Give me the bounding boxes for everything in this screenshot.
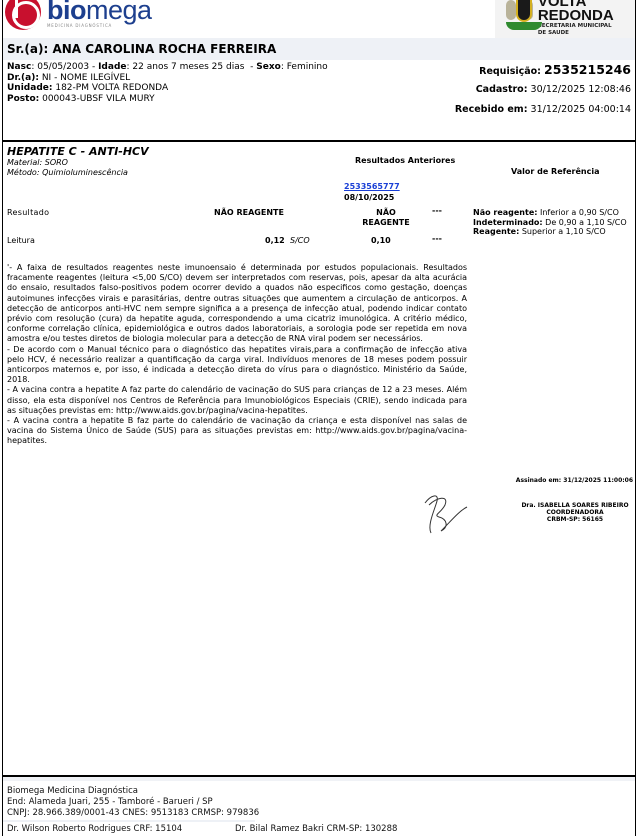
patient-name: Sr.(a): ANA CAROLINA ROCHA FERREIRA: [7, 42, 276, 56]
reference-reactive: Reagente: Superior a 1,10 S/CO: [473, 227, 633, 237]
signed-at: Assinado em: 31/12/2025 11:00:06: [516, 477, 633, 484]
birth-value: 05/05/2003: [37, 62, 89, 72]
request-info: Requisição: 2535215246 Cadastro: 30/12/2…: [455, 62, 631, 115]
biomega-logo: biomega MEDICINA DIAGNÓSTICA: [5, 0, 152, 30]
note-paragraph: - De acordo com o Manual técnico para o …: [7, 345, 467, 386]
registered-row: Cadastro: 30/12/2025 12:08:46: [455, 84, 631, 95]
section-divider: [3, 140, 635, 142]
material-value: SORO: [45, 158, 68, 167]
ref-label: Indeterminado:: [473, 218, 543, 227]
reference-header: Valor de Referência: [511, 167, 600, 176]
doctor-label: Dr.(a):: [7, 73, 39, 83]
city-subtitle-1: SECRETARIA MUNICIPAL: [538, 23, 635, 30]
logo-name-light: mega: [86, 0, 152, 25]
footer-doctor-2: Dr. Bilal Ramez Bakri CRM-SP: 130288: [235, 824, 397, 834]
request-number-row: Requisição: 2535215246: [455, 62, 631, 77]
patient-demographics: Nasc: 05/05/2003 - Idade: 22 anos 7 mese…: [7, 62, 328, 73]
logo-subtitle: MEDICINA DIAGNÓSTICA: [47, 23, 152, 28]
post-label: Posto:: [7, 94, 39, 104]
method-label: Método:: [7, 168, 40, 177]
previous-results-header: Resultados Anteriores: [355, 156, 455, 165]
biomega-logo-icon: [5, 0, 41, 30]
result-previous: NÃO REAGENTE: [361, 208, 411, 227]
doctor-value: NI - NOME ILEGÍVEL: [42, 73, 130, 83]
patient-name-value: ANA CAROLINA ROCHA FERREIRA: [52, 42, 276, 56]
reading-previous: 0,10: [371, 236, 391, 245]
footer-doctor-1: Dr. Wilson Roberto Rodrigues CRF: 15104: [7, 824, 182, 834]
signer-name: Dra. ISABELLA SOARES RIBEIRO: [513, 502, 637, 509]
reference-indeterminate: Indeterminado: De 0,90 a 1,10 S/CO: [473, 218, 633, 228]
footer-ids: CNPJ: 28.966.389/0001-43 CNES: 9513183 C…: [7, 808, 259, 819]
age-value: 22 anos 7 meses 25 dias: [132, 62, 244, 72]
received-value: 31/12/2025 04:00:14: [531, 104, 631, 115]
registered-label: Cadastro:: [476, 84, 528, 95]
signer-role: COORDENADORA: [513, 509, 637, 516]
unit-row: Unidade: 182-PM VOLTA REDONDA: [7, 83, 328, 94]
sex-label: Sexo: [256, 62, 281, 72]
logo-name-bold: bio: [47, 0, 86, 25]
note-paragraph: - A vacina contra a hepatite A faz parte…: [7, 385, 467, 416]
result-previous-2: ---: [432, 206, 442, 215]
previous-request-link[interactable]: 2533565777: [344, 182, 400, 191]
patient-name-label: Sr.(a):: [7, 42, 48, 56]
method-row: Método: Quimioluminescência: [7, 168, 128, 178]
material-row: Material: SORO: [7, 158, 128, 168]
signature-icon: [419, 485, 469, 540]
reference-values: Não reagente: Inferior a 0,90 S/CO Indet…: [473, 208, 633, 237]
method-value: Quimioluminescência: [42, 168, 128, 177]
age-label: Idade: [98, 62, 126, 72]
lab-report-page: biomega MEDICINA DIAGNÓSTICA VOLTA REDON…: [2, 0, 636, 836]
ref-text: Superior a 1,10 S/CO: [522, 227, 606, 236]
ref-text: Inferior a 0,90 S/CO: [540, 208, 619, 217]
signer-registry: CRBM-SP: 56165: [513, 516, 637, 523]
exam-title: HEPATITE C - ANTI-HCV: [7, 145, 149, 158]
previous-date: 08/10/2025: [344, 193, 394, 202]
reading-value: 0,12: [265, 236, 285, 245]
result-value: NÃO REAGENTE: [214, 208, 284, 217]
city-subtitle-2: DE SAUDE: [538, 30, 635, 37]
registered-value: 30/12/2025 12:08:46: [531, 84, 631, 95]
reading-label: Leitura: [7, 236, 35, 245]
exam-meta: Material: SORO Método: Quimioluminescênc…: [7, 158, 128, 177]
ref-label: Reagente:: [473, 227, 519, 236]
ref-text: De 0,90 a 1,10 S/CO: [545, 218, 626, 227]
doctor-row: Dr.(a): NI - NOME ILEGÍVEL: [7, 73, 328, 84]
patient-info: Nasc: 05/05/2003 - Idade: 22 anos 7 mese…: [7, 62, 328, 104]
patient-name-band: Sr.(a): ANA CAROLINA ROCHA FERREIRA: [3, 38, 635, 60]
note-paragraph: '- A faixa de resultados reagentes neste…: [7, 263, 467, 345]
city-title: VOLTA REDONDA: [538, 0, 635, 23]
reading-unit: S/CO: [290, 236, 310, 245]
request-label: Requisição:: [479, 66, 541, 77]
signer-block: Dra. ISABELLA SOARES RIBEIRO COORDENADOR…: [513, 502, 637, 523]
request-number: 2535215246: [544, 62, 631, 77]
post-value: 000043-UBSF VILA MURY: [42, 94, 155, 104]
footer-separator: [3, 820, 255, 822]
reading-previous-2: ---: [432, 234, 442, 243]
exam-notes: '- A faixa de resultados reagentes neste…: [7, 263, 467, 447]
footer-company: Biomega Medicina Diagnóstica: [7, 786, 259, 797]
footer: Biomega Medicina Diagnóstica End: Alamed…: [3, 777, 635, 836]
city-crest-icon: [505, 0, 534, 36]
sex-value: Feminino: [287, 62, 328, 72]
received-label: Recebido em:: [455, 104, 528, 115]
post-row: Posto: 000043-UBSF VILA MURY: [7, 94, 328, 105]
ref-label: Não reagente:: [473, 208, 537, 217]
volta-redonda-logo: VOLTA REDONDA SECRETARIA MUNICIPAL DE SA…: [495, 0, 635, 38]
note-paragraph: - A vacina contra a hepatite B faz parte…: [7, 416, 467, 447]
received-row: Recebido em: 31/12/2025 04:00:14: [455, 104, 631, 115]
material-label: Material:: [7, 158, 42, 167]
footer-doctors: Dr. Wilson Roberto Rodrigues CRF: 15104 …: [7, 824, 627, 834]
reference-nonreactive: Não reagente: Inferior a 0,90 S/CO: [473, 208, 633, 218]
unit-value: 182-PM VOLTA REDONDA: [55, 83, 168, 93]
result-label: Resultado: [7, 208, 49, 217]
footer-address: End: Alameda Juari, 255 - Tamboré - Baru…: [7, 797, 259, 808]
header-logos: biomega MEDICINA DIAGNÓSTICA VOLTA REDON…: [3, 0, 635, 38]
unit-label: Unidade:: [7, 83, 52, 93]
birth-label: Nasc: [7, 62, 31, 72]
